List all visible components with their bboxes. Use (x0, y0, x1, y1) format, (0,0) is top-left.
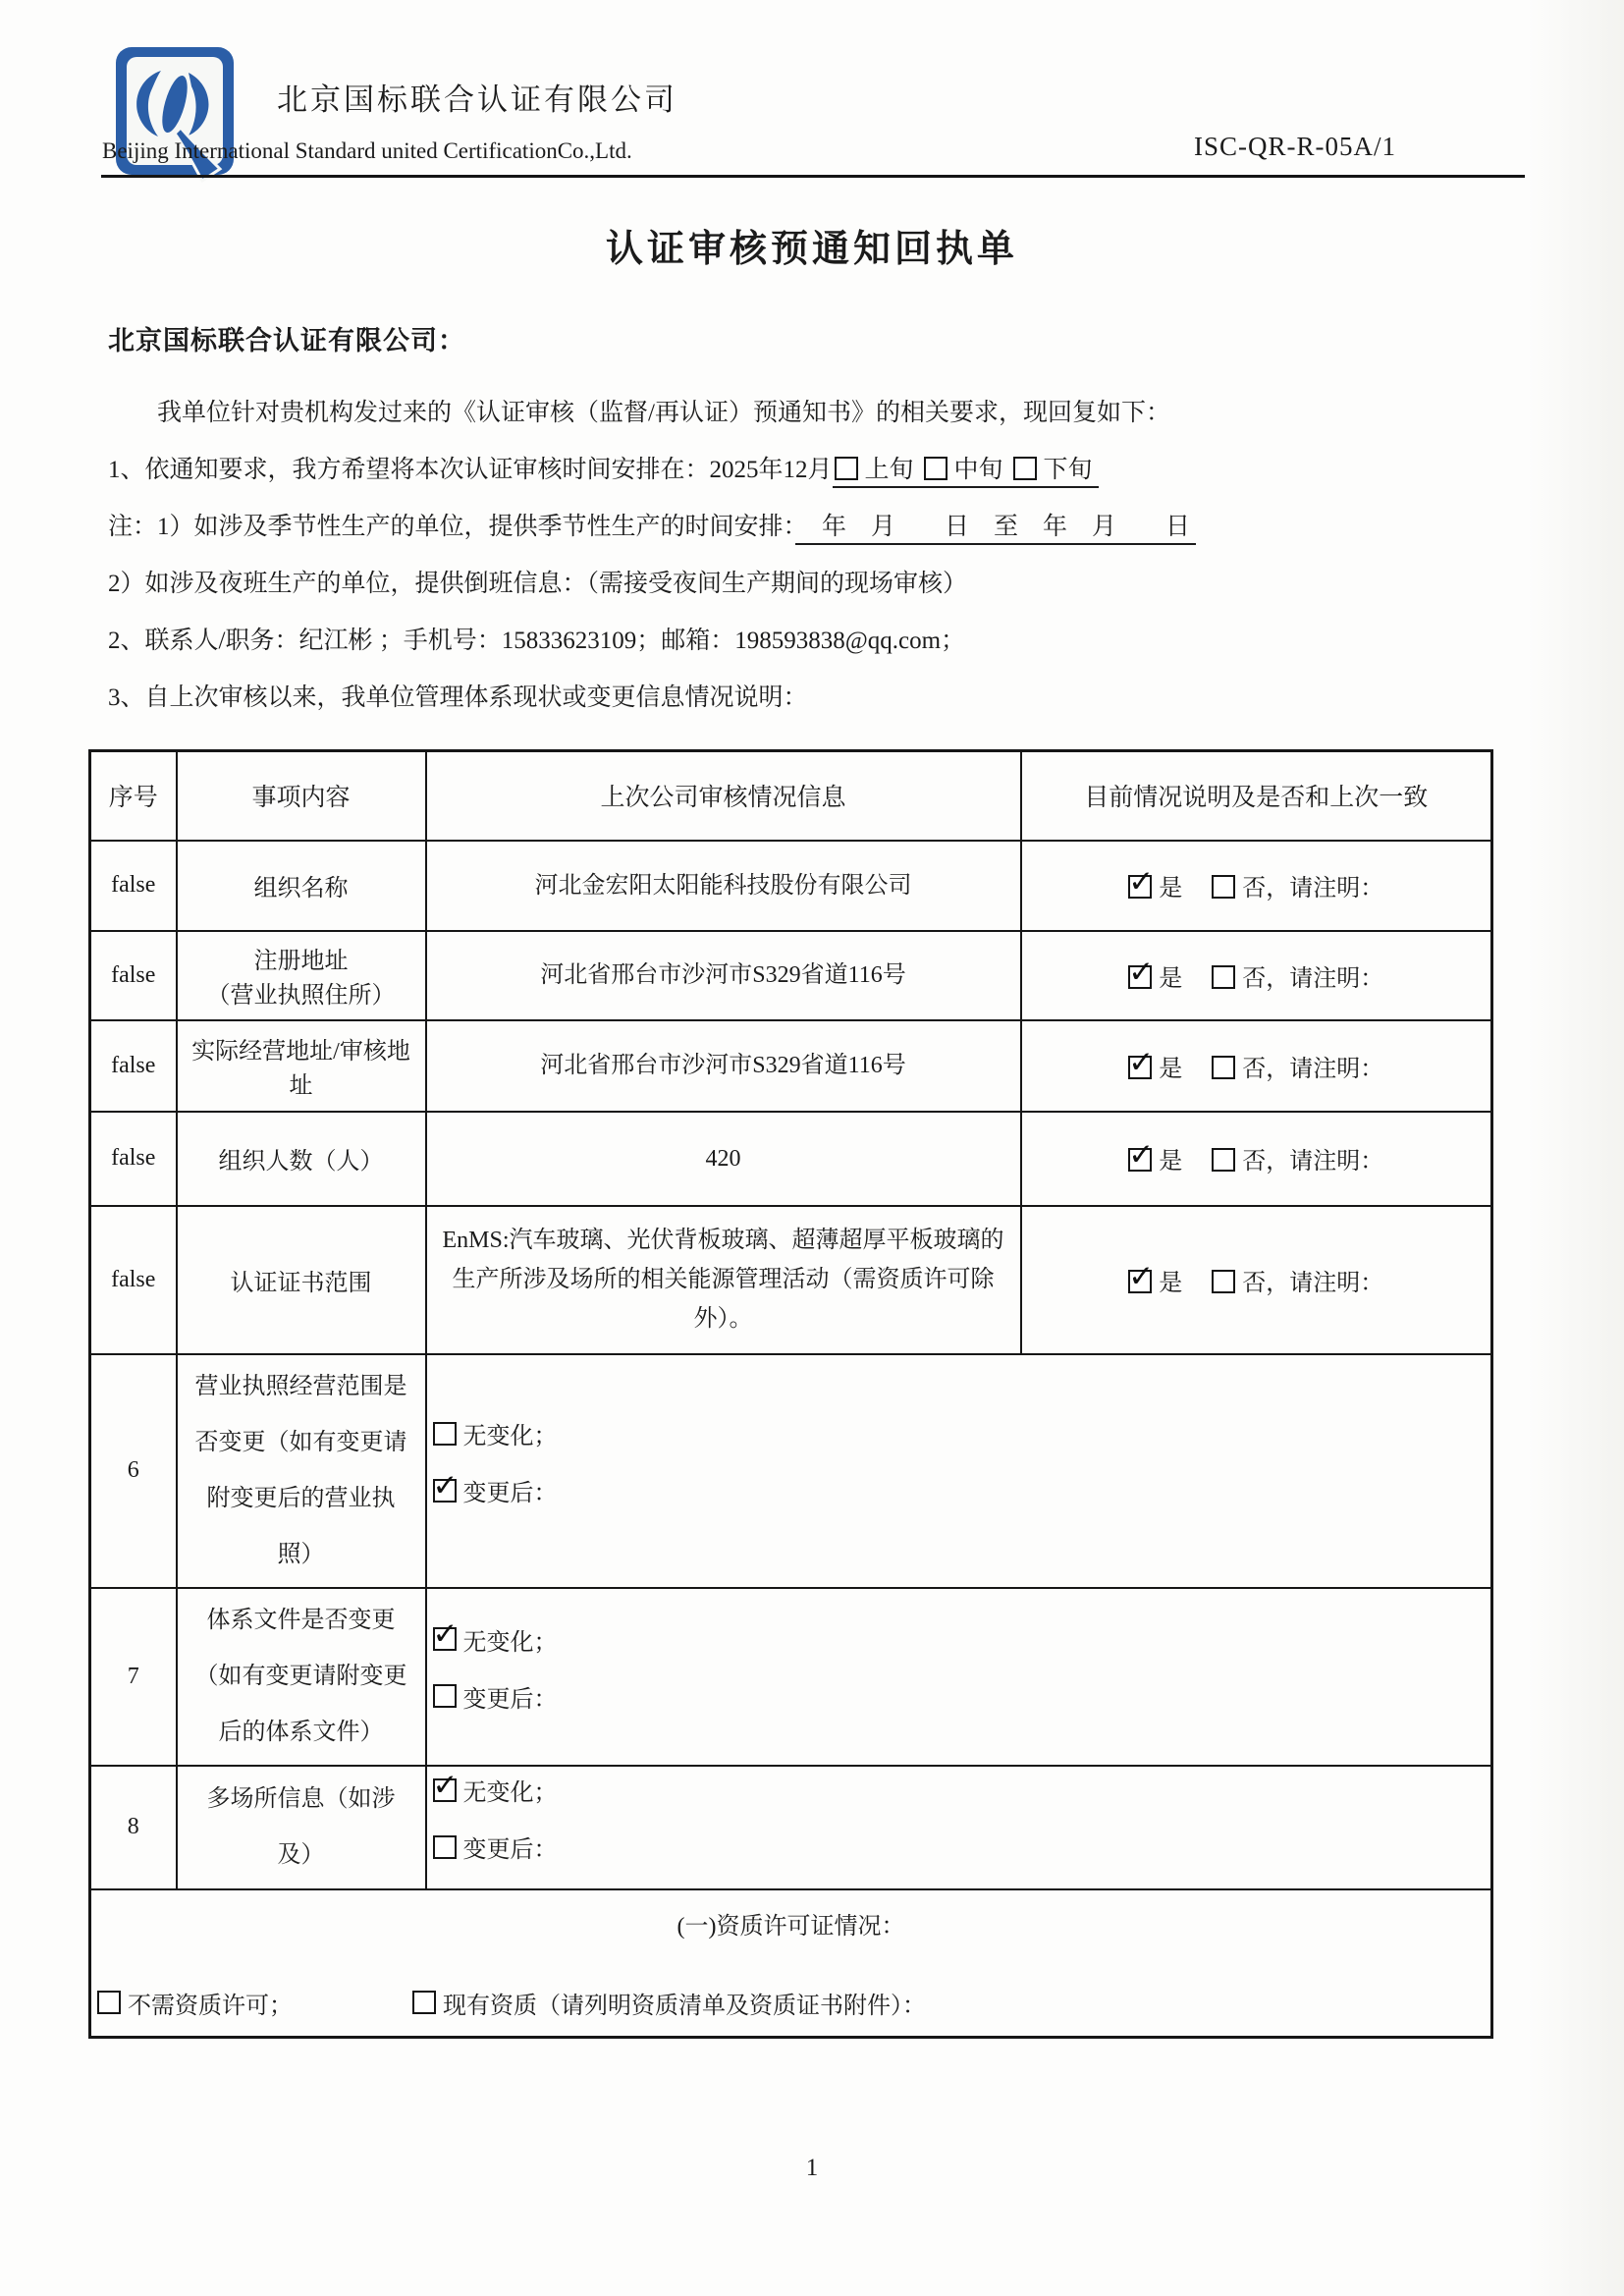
col-header-current: 目前情况说明及是否和上次一致 (1021, 751, 1492, 841)
yes-checkbox[interactable] (1128, 1148, 1152, 1172)
last-audit-info-cell: 420 (426, 1112, 1021, 1206)
page-title: 认证审核预通知回执单 (0, 218, 1624, 272)
scanned-document-page: 北京国标联合认证有限公司 Beijing International Stand… (0, 0, 1624, 2296)
no-change-label: 无变化； (463, 1622, 558, 1657)
yes-checkbox[interactable] (1128, 875, 1152, 899)
yes-label: 是 (1159, 966, 1182, 992)
current-status-cell: 是否，请注明： (1021, 1206, 1492, 1354)
current-status-cell: 是否，请注明： (1021, 841, 1492, 931)
audit-time-line: 1、依通知要求，我方希望将本次认证审核时间安排在：2025年12月上旬中旬下旬 (108, 454, 1524, 487)
change-options-cell: 无变化； 变更后： (426, 1766, 1492, 1889)
row-number-cell: false (90, 1020, 177, 1112)
contact-line: 2、联系人/职务：纪江彬 ；手机号：15833623109；邮箱：1985938… (108, 625, 1524, 658)
existing-qualification-checkbox[interactable] (412, 1991, 436, 2014)
salutation: 北京国标联合认证有限公司： (108, 324, 1524, 357)
header-company-name-cn: 北京国标联合认证有限公司 (277, 75, 677, 119)
col-header-no: 序号 (90, 751, 177, 841)
changed-checkbox[interactable] (433, 1684, 457, 1708)
item-label-cell: 组织人数（人） (177, 1112, 426, 1206)
qualification-cell: (一)资质许可证情况： 不需资质许可； 现有资质（请列明资质清单及资质证书附件）… (90, 1889, 1492, 2038)
last-audit-info-cell: 河北省邢台市沙河市S329省道116号 (426, 1020, 1021, 1112)
intro-line: 我单位针对贵机构发过来的《认证审核（监督/再认证）预通知书》的相关要求，现回复如… (108, 397, 1524, 430)
seasonal-note-line: 注：1）如涉及季节性生产的单位，提供季节性生产的时间安排： 年 月 日 至 年 … (108, 511, 1524, 544)
mid-month-label: 中旬 (954, 457, 1003, 483)
item-label-cell: 注册地址 （营业执照住所） (177, 931, 426, 1020)
body-text-block: 北京国标联合认证有限公司： 我单位针对贵机构发过来的《认证审核（监督/再认证）预… (108, 324, 1524, 738)
audit-info-table: 序号 事项内容 上次公司审核情况信息 目前情况说明及是否和上次一致 false … (88, 749, 1493, 2039)
no-label: 否，请注明： (1242, 1057, 1383, 1082)
yes-label: 是 (1159, 1271, 1182, 1296)
no-checkbox[interactable] (1212, 875, 1235, 899)
no-change-checkbox[interactable] (433, 1422, 457, 1446)
document-code: ISC-QR-R-05A/1 (1194, 132, 1396, 162)
page-number: 1 (0, 2155, 1624, 2182)
table-row: false 组织名称 河北金宏阳太阳能科技股份有限公司 是否，请注明： (90, 841, 1492, 931)
current-status-cell: 是否，请注明： (1021, 1020, 1492, 1112)
yes-checkbox[interactable] (1128, 965, 1152, 989)
header-divider (101, 175, 1525, 178)
no-checkbox[interactable] (1212, 965, 1235, 989)
item-label-cell: 组织名称 (177, 841, 426, 931)
col-header-item: 事项内容 (177, 751, 426, 841)
qualification-section-row: (一)资质许可证情况： 不需资质许可； 现有资质（请列明资质清单及资质证书附件）… (90, 1889, 1492, 2038)
row-number-cell: 8 (90, 1766, 177, 1889)
current-status-cell: 是否，请注明： (1021, 931, 1492, 1020)
current-status-cell: 是否，请注明： (1021, 1112, 1492, 1206)
early-month-label: 上旬 (865, 457, 914, 483)
no-change-checkbox[interactable] (433, 1778, 457, 1802)
item-label-cell: 实际经营地址/审核地 址 (177, 1020, 426, 1112)
no-label: 否，请注明： (1242, 1149, 1383, 1175)
no-checkbox[interactable] (1212, 1148, 1235, 1172)
item-label-cell: 认证证书范围 (177, 1206, 426, 1354)
no-checkbox[interactable] (1212, 1056, 1235, 1079)
last-audit-info-cell: 河北省邢台市沙河市S329省道116号 (426, 931, 1021, 1020)
qualification-options: 不需资质许可； 现有资质（请列明资质清单及资质证书附件）： (97, 1986, 1485, 2020)
no-label: 否，请注明： (1242, 966, 1383, 992)
late-month-checkbox[interactable] (1013, 457, 1037, 480)
yes-checkbox[interactable] (1128, 1270, 1152, 1293)
col-header-last-audit: 上次公司审核情况信息 (426, 751, 1021, 841)
no-change-label: 无变化； (463, 1416, 558, 1450)
changed-label: 变更后： (463, 1473, 558, 1507)
header-company-name-en: Beijing International Standard united Ce… (102, 138, 632, 164)
changed-label: 变更后： (463, 1830, 558, 1864)
row-number-cell: false (90, 931, 177, 1020)
row-number-cell: false (90, 841, 177, 931)
table-row: 8 多场所信息（如涉 及） 无变化； 变更后： (90, 1766, 1492, 1889)
yes-label: 是 (1159, 1149, 1182, 1175)
system-status-line: 3、自上次审核以来，我单位管理体系现状或变更信息情况说明： (108, 682, 1524, 715)
yes-label: 是 (1159, 1057, 1182, 1082)
row-number-cell: false (90, 1206, 177, 1354)
table-row: false 组织人数（人） 420 是否，请注明： (90, 1112, 1492, 1206)
change-options-cell: 无变化； 变更后： (426, 1354, 1492, 1588)
late-month-label: 下旬 (1044, 457, 1093, 483)
no-qualification-needed-label: 不需资质许可； (128, 1986, 293, 2020)
changed-label: 变更后： (463, 1679, 558, 1714)
early-month-checkbox[interactable] (835, 457, 858, 480)
mid-month-checkbox[interactable] (924, 457, 947, 480)
no-label: 否，请注明： (1242, 1271, 1383, 1296)
seasonal-note-prefix: 注：1）如涉及季节性生产的单位，提供季节性生产的时间安排： (108, 514, 795, 540)
row-number-cell: false (90, 1112, 177, 1206)
no-label: 否，请注明： (1242, 876, 1383, 902)
table-header-row: 序号 事项内容 上次公司审核情况信息 目前情况说明及是否和上次一致 (90, 751, 1492, 841)
changed-checkbox[interactable] (433, 1835, 457, 1859)
table-row: 6 营业执照经营范围是 否变更（如有变更请 附变更后的营业执 照） 无变化； 变… (90, 1354, 1492, 1588)
last-audit-info-cell: 河北金宏阳太阳能科技股份有限公司 (426, 841, 1021, 931)
item-label-cell: 多场所信息（如涉 及） (177, 1766, 426, 1889)
audit-time-prefix: 1、依通知要求，我方希望将本次认证审核时间安排在：2025年12月 (108, 457, 833, 483)
last-audit-info-cell: EnMS:汽车玻璃、光伏背板玻璃、超薄超厚平板玻璃的生产所涉及场所的相关能源管理… (426, 1206, 1021, 1354)
table-row: false 实际经营地址/审核地 址 河北省邢台市沙河市S329省道116号 是… (90, 1020, 1492, 1112)
audit-time-options-blank: 上旬中旬下旬 (833, 457, 1099, 488)
night-shift-note-line: 2）如涉及夜班生产的单位，提供倒班信息：（需接受夜间生产期间的现场审核） (108, 568, 1524, 601)
item-label-cell: 体系文件是否变更 （如有变更请附变更 后的体系文件） (177, 1588, 426, 1766)
change-options-cell: 无变化； 变更后： (426, 1588, 1492, 1766)
no-change-label: 无变化； (463, 1773, 558, 1807)
yes-label: 是 (1159, 876, 1182, 902)
seasonal-date-blank[interactable]: 年 月 日 至 年 月 日 (795, 514, 1196, 545)
no-qualification-needed-checkbox[interactable] (97, 1991, 121, 2014)
qualification-section-title: (一)资质许可证情况： (97, 1906, 1485, 1941)
table-row: 7 体系文件是否变更 （如有变更请附变更 后的体系文件） 无变化； 变更后： (90, 1588, 1492, 1766)
existing-qualification-label: 现有资质（请列明资质清单及资质证书附件）： (443, 1986, 926, 2020)
no-change-checkbox[interactable] (433, 1627, 457, 1651)
item-label-cell: 营业执照经营范围是 否变更（如有变更请 附变更后的营业执 照） (177, 1354, 426, 1588)
row-number-cell: 7 (90, 1588, 177, 1766)
row-number-cell: 6 (90, 1354, 177, 1588)
yes-checkbox[interactable] (1128, 1056, 1152, 1079)
changed-checkbox[interactable] (433, 1479, 457, 1503)
table-row: false 注册地址 （营业执照住所） 河北省邢台市沙河市S329省道116号 … (90, 931, 1492, 1020)
table-row: false 认证证书范围 EnMS:汽车玻璃、光伏背板玻璃、超薄超厚平板玻璃的生… (90, 1206, 1492, 1354)
no-checkbox[interactable] (1212, 1270, 1235, 1293)
